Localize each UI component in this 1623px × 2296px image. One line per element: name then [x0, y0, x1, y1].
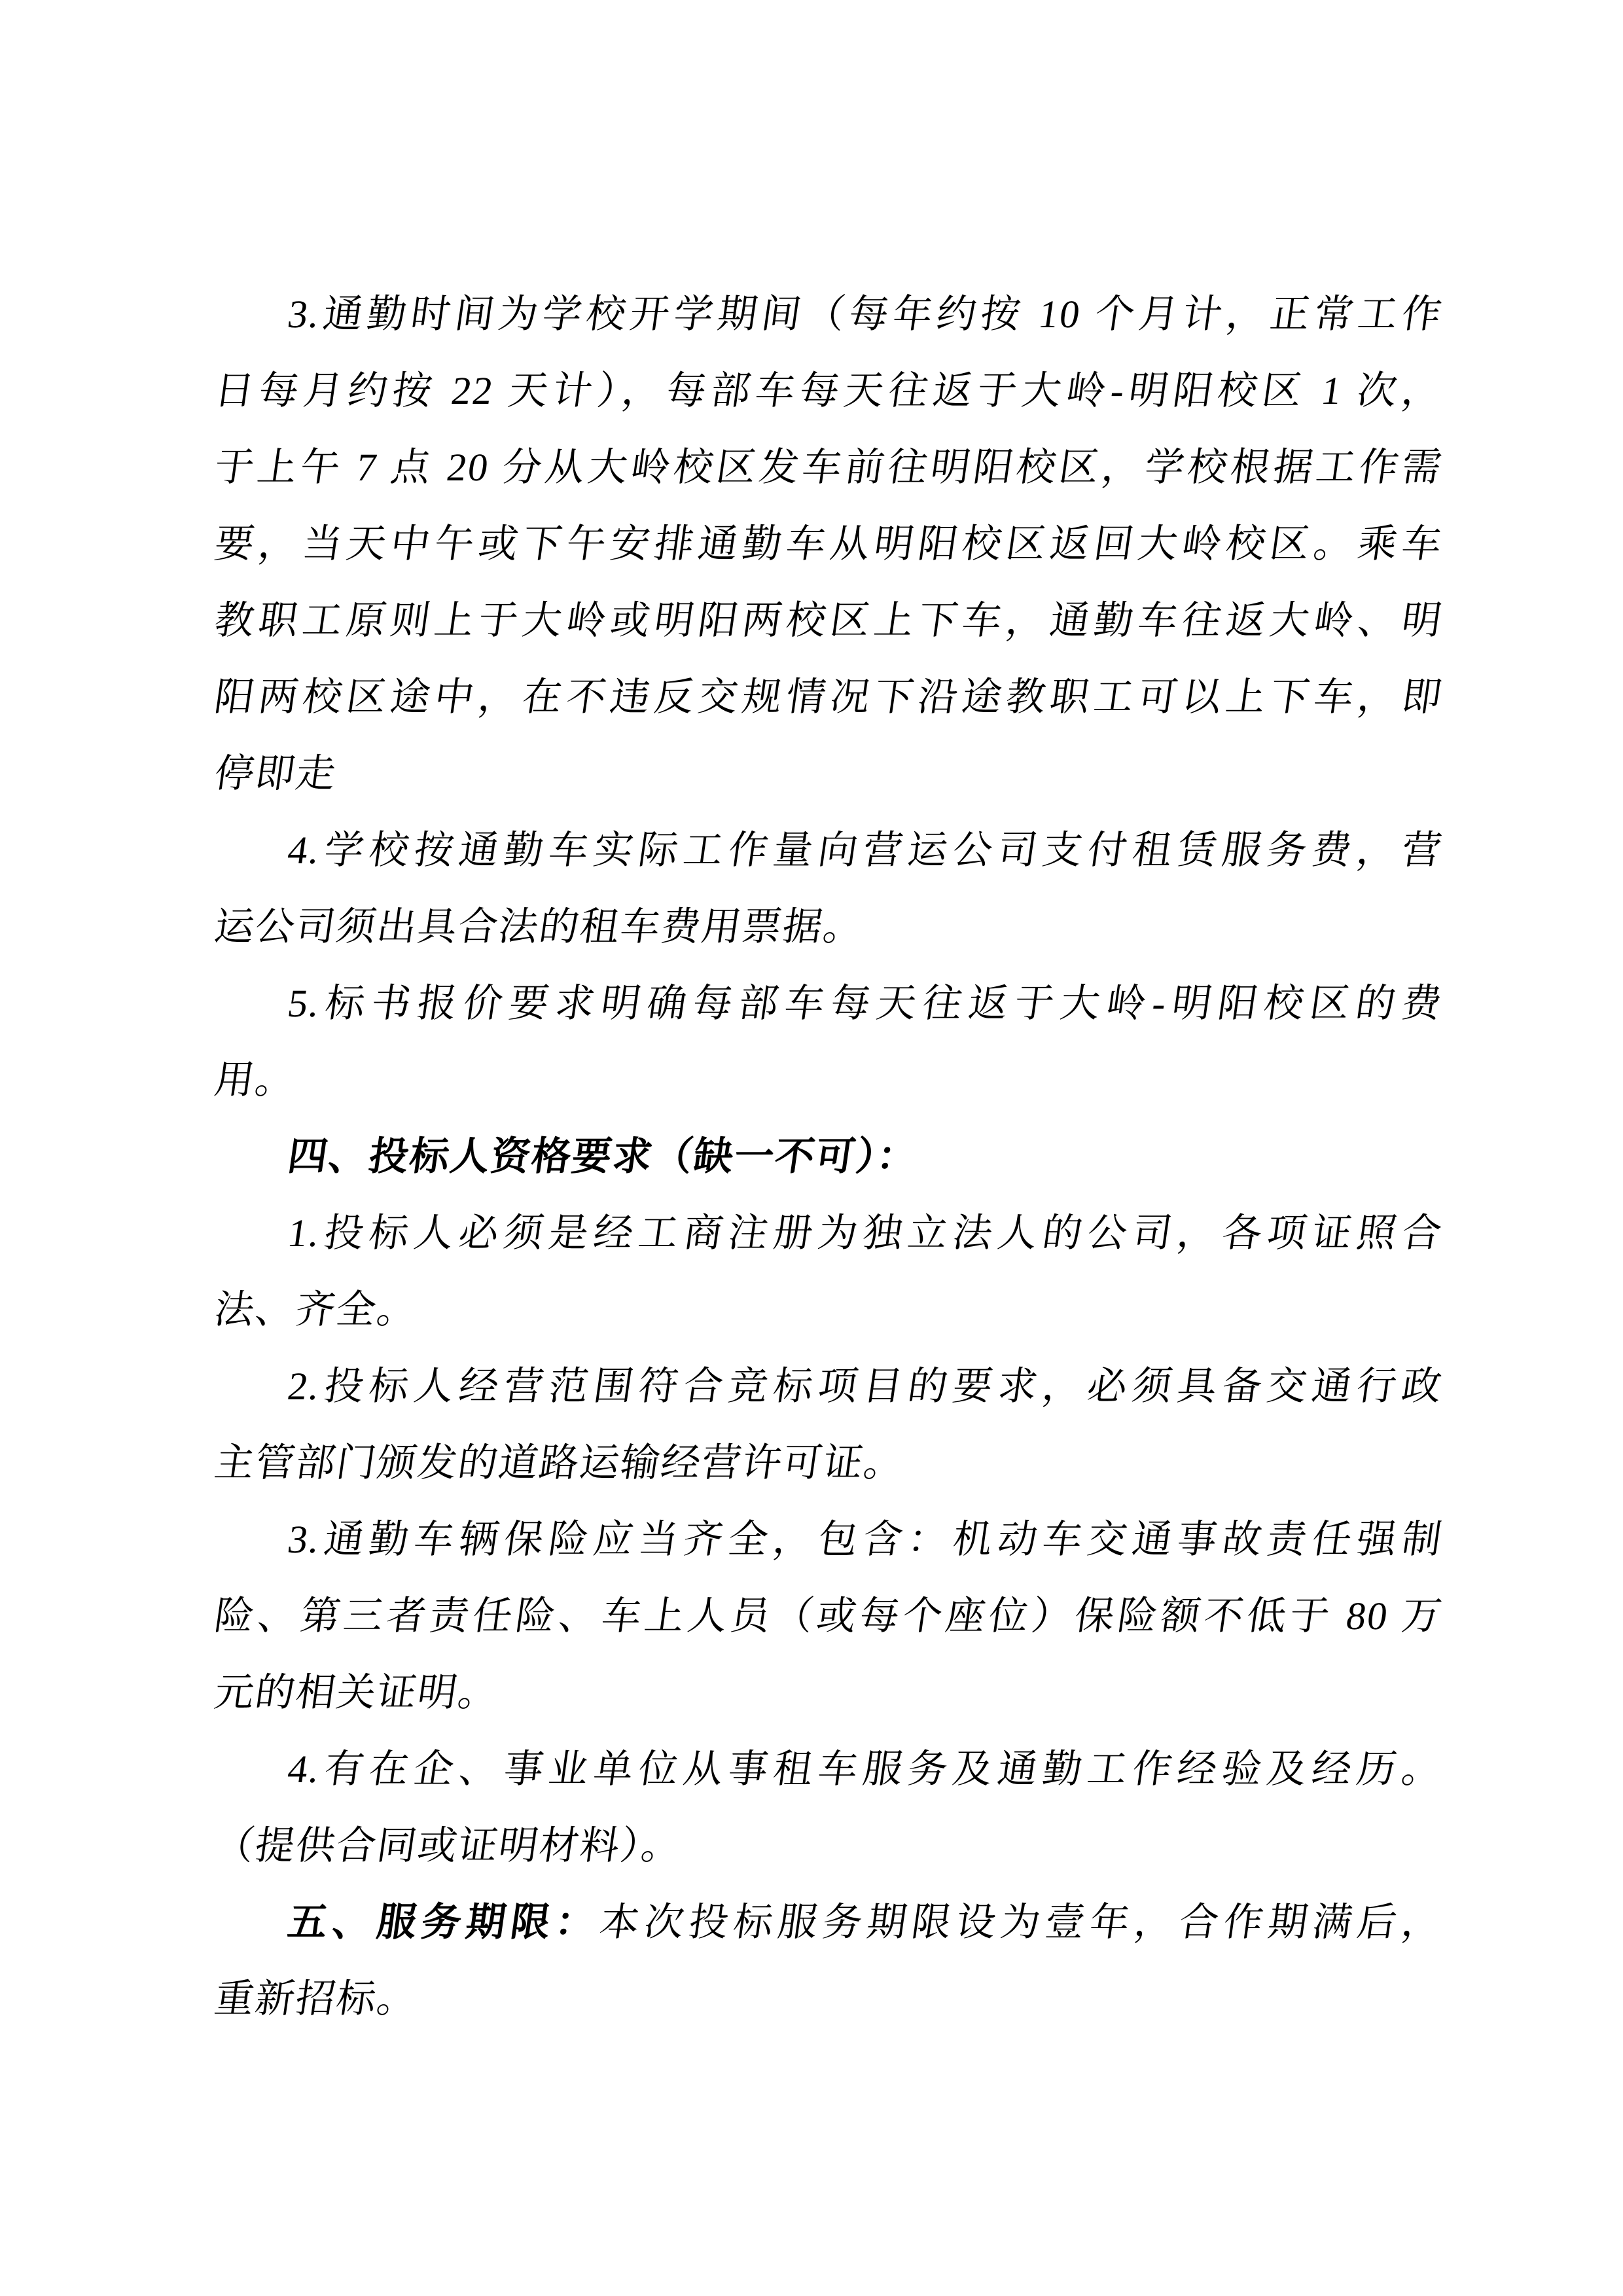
text-segment: 教职工原则上于大岭或明阳两校区上下车，通勤车往返大岭、明 — [212, 599, 1446, 642]
text-line: 法、齐全。 — [209, 1272, 1448, 1348]
text-segment: 停即走 — [212, 752, 340, 795]
text-segment: 主管部门颁发的道路运输经营许可证。 — [212, 1441, 908, 1484]
text-segment: 2.投标人经营范围符合竞标项目的要求，必须具备交通行政 — [285, 1365, 1446, 1408]
text-line: 停即走 — [209, 736, 1448, 812]
text-segment: 4.有在企、事业单位从事租车服务及通勤工作经验及经历。 — [285, 1748, 1446, 1791]
text-line: 3.通勤车辆保险应当齐全，包含：机动车交通事故责任强制 — [209, 1501, 1448, 1578]
text-line: 日每月约按 22 天计），每部车每天往返于大岭-明阳校区 1 次， — [209, 353, 1448, 429]
text-segment: 用。 — [212, 1058, 299, 1102]
text-segment: 法、齐全。 — [212, 1288, 421, 1331]
text-segment: 元的相关证明。 — [212, 1671, 502, 1714]
text-segment: 四、投标人资格要求（缺一不可）： — [285, 1135, 921, 1178]
text-segment: 重新招标。 — [212, 1977, 421, 2020]
text-line: 5.标书报价要求明确每部车每天往返于大岭-明阳校区的费 — [209, 965, 1448, 1042]
text-line: 3.通勤时间为学校开学期间（每年约按 10 个月计，正常工作 — [209, 276, 1448, 353]
text-segment: 五、服务期限： — [285, 1901, 603, 1944]
text-line: 4.有在企、事业单位从事租车服务及通勤工作经验及经历。 — [209, 1731, 1448, 1808]
text-segment: 5.标书报价要求明确每部车每天往返于大岭-明阳校区的费 — [285, 982, 1446, 1025]
text-segment: 要，当天中午或下午安排通勤车从明阳校区返回大岭校区。乘车 — [212, 522, 1446, 565]
text-line: 重新招标。 — [209, 1961, 1448, 2037]
text-line: 险、第三者责任险、车上人员（或每个座位）保险额不低于 80 万 — [209, 1578, 1448, 1655]
text-line: 1.投标人必须是经工商注册为独立法人的公司，各项证照合 — [209, 1195, 1448, 1272]
text-segment: 3.通勤车辆保险应当齐全，包含：机动车交通事故责任强制 — [285, 1518, 1446, 1561]
text-segment: 4.学校按通勤车实际工作量向营运公司支付租赁服务费，营 — [285, 829, 1446, 872]
text-segment: 于上午 7 点 20 分从大岭校区发车前往明阳校区，学校根据工作需 — [212, 446, 1446, 489]
text-segment: 3.通勤时间为学校开学期间（每年约按 10 个月计，正常工作 — [285, 293, 1446, 336]
text-line: （提供合同或证明材料）。 — [209, 1808, 1448, 1884]
text-line: 4.学校按通勤车实际工作量向营运公司支付租赁服务费，营 — [209, 812, 1448, 889]
text-line: 要，当天中午或下午安排通勤车从明阳校区返回大岭校区。乘车 — [209, 506, 1448, 583]
text-segment: 1.投标人必须是经工商注册为独立法人的公司，各项证照合 — [285, 1211, 1446, 1255]
text-line: 于上午 7 点 20 分从大岭校区发车前往明阳校区，学校根据工作需 — [209, 429, 1448, 506]
text-line: 元的相关证明。 — [209, 1655, 1448, 1731]
text-line: 教职工原则上于大岭或明阳两校区上下车，通勤车往返大岭、明 — [209, 583, 1448, 659]
text-segment: 运公司须出具合法的租车费用票据。 — [212, 905, 867, 948]
text-line: 2.投标人经营范围符合竞标项目的要求，必须具备交通行政 — [209, 1348, 1448, 1425]
text-line: 主管部门颁发的道路运输经营许可证。 — [209, 1425, 1448, 1501]
text-line: 阳两校区途中，在不违反交规情况下沿途教职工可以上下车，即 — [209, 659, 1448, 736]
document-page: 3.通勤时间为学校开学期间（每年约按 10 个月计，正常工作日每月约按 22 天… — [209, 276, 1437, 2037]
text-segment: 险、第三者责任险、车上人员（或每个座位）保险额不低于 80 万 — [212, 1594, 1446, 1638]
text-line: 用。 — [209, 1042, 1448, 1119]
text-segment: 日每月约按 22 天计），每部车每天往返于大岭-明阳校区 1 次， — [212, 369, 1446, 412]
text-segment: 本次投标服务期限设为壹年，合作期满后， — [597, 1901, 1446, 1944]
text-segment: 阳两校区途中，在不违反交规情况下沿途教职工可以上下车，即 — [212, 675, 1446, 719]
section-heading-line: 五、服务期限：本次投标服务期限设为壹年，合作期满后， — [209, 1884, 1448, 1961]
text-line: 运公司须出具合法的租车费用票据。 — [209, 889, 1448, 965]
section-heading-line: 四、投标人资格要求（缺一不可）： — [209, 1119, 1448, 1195]
text-segment: （提供合同或证明材料）。 — [212, 1824, 685, 1867]
